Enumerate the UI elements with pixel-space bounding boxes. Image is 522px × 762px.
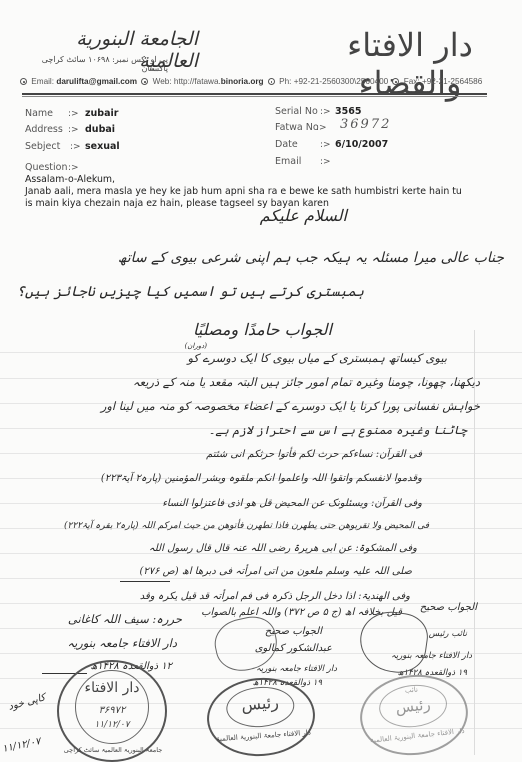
question-line: Janab aali, mera masla ye hey ke jab hum… [25, 186, 462, 197]
question-greeting: Assalam-o-Alekum, [25, 174, 115, 185]
answer-line: دیکھنا، چھونا، چومنا وغیرہ تمام امور جائ… [133, 375, 480, 389]
email-label: Email: [31, 77, 54, 86]
address-label: Address [25, 124, 63, 135]
middle-signatory-institution: دار الافتاء جامعہ بنوریہ [256, 663, 337, 674]
address-sep: :> [68, 125, 79, 135]
darulifta-logo-title: دار الافتاء والقضاء [310, 26, 510, 102]
reference-line: وقدموا لانفسکم واتقوا اللہ واعلموا انکم … [101, 473, 422, 484]
margin-note: کاپی خود [7, 692, 46, 712]
ruled-line [0, 578, 522, 579]
contact-bar: Email: darulifta@gmail.com Web: http://f… [18, 77, 518, 86]
email-field-label: Email [275, 156, 301, 167]
name-sep: :> [68, 109, 79, 119]
header-divider [22, 96, 487, 97]
subject-label: Sebject [25, 141, 60, 152]
stamp-number: ۳۶۹۷۲ [81, 705, 143, 716]
reference-line: فی القرآن: نساءکم حرث لکم فأتوا حرثکم ان… [206, 449, 422, 460]
author-institution: دار الافتاء جامعہ بنوریہ [67, 636, 177, 650]
reference-line: صلی اللہ علیہ وسلم ملعون من اتی امرأتہ ف… [139, 566, 412, 577]
serial-no-sep: :> [320, 107, 331, 117]
answer-annotation: (دوران) [185, 342, 207, 350]
subject-sep: :> [70, 142, 81, 152]
answer-heading: الجواب حامدًا ومصلیًا [193, 320, 332, 339]
reference-line: فی المحیض ولا تقربوھن حتی یطھرن فاذا تطھ… [64, 521, 429, 531]
answer-line: خواہش نفسانی پورا کرنا یا ایک دوسرے کے ا… [101, 399, 480, 413]
fatwa-no-label: Fatwa No [275, 122, 319, 133]
handwritten-question-line: ہمبستری کرتے ہیں تو اسمیں کیا چیزیں ناجا… [17, 284, 364, 300]
serial-no-label: Serial No [275, 106, 318, 117]
question-sep: :> [68, 163, 79, 173]
phone-label: Ph: [279, 77, 291, 86]
darulifta-round-stamp: دار الافتاء ۳۶۹۷۲ ۱۱/۱۲/۰۷ جامعۃ البنوری… [57, 660, 167, 762]
right-approval: الجواب صحیح [420, 602, 477, 613]
handwritten-underline [120, 581, 170, 582]
answer-line: بیوی کیساتھ ہمبستری کے میاں بیوی کا ایک … [187, 351, 447, 365]
date-label: Date [275, 139, 298, 150]
web-link[interactable]: http://fatawa.binoria.org [174, 77, 264, 86]
stamp-ring-text: دار الافتاء جامعۃ البنوریۃ العالمیۃ [368, 727, 466, 745]
name-value: zubair [85, 108, 118, 119]
naib-rais-oval-stamp: نائب رئیس دار الافتاء جامعۃ البنوریۃ الع… [356, 670, 472, 761]
fatwa-no-value: 36972 [340, 117, 391, 132]
stamp-ring-text: دار الافتاء جامعۃ البنوریۃ العالمیۃ [214, 728, 312, 743]
date-sep: :> [320, 140, 331, 150]
serial-no-value: 3565 [335, 106, 361, 117]
bullet-icon [20, 78, 27, 85]
institution-address-urdu: پی او بکس نمبر: ۱۰۶۹۸ سائٹ کراچی پاکستان [18, 55, 168, 73]
subject-value: sexual [85, 141, 120, 152]
bullet-icon [141, 78, 148, 85]
email-field-sep: :> [320, 157, 331, 167]
answer-line: چاٹنا وغیرہ ممنوع ہے اس سے احتراز لازم ہ… [209, 423, 467, 437]
handwritten-question-line: جناب عالی میرا مسئلہ یہ ہیکہ جب ہم اپنی … [118, 250, 504, 266]
right-signatory-title: نائب رئیس [429, 629, 467, 639]
bottom-left-date: ۱۱/۱۲/۰۷ [1, 736, 41, 755]
date-value: 6/10/2007 [335, 139, 388, 150]
email-link[interactable]: darulifta@gmail.com [56, 77, 137, 86]
question-label: Question [25, 162, 68, 173]
reference-line: وفی الھندیۃ: اذا دخل الرجل ذکرہ فی فم ام… [140, 591, 410, 602]
fatwa-no-sep: :> [316, 123, 327, 133]
bullet-icon [268, 78, 275, 85]
address-value: dubai [85, 124, 115, 135]
web-domain: binoria.org [221, 77, 264, 86]
reference-line: وفی القرآن: ویسئلونک عن المحیض قل ھو اذی… [162, 498, 422, 509]
phone-number: +92-21-2560300\2560400 [294, 77, 388, 86]
stamp-title: دار الافتاء [81, 680, 143, 696]
fax-label: Fax: [404, 77, 420, 86]
header-divider [22, 93, 487, 95]
handwritten-greeting: السلام علیکم [260, 206, 347, 225]
margin-line [474, 330, 475, 755]
stamp-date: ۱۱/۱۲/۰۷ [81, 720, 143, 730]
web-label: Web: [153, 77, 172, 86]
author-signature: حررہ: سیف اللہ کاغانی [68, 612, 182, 626]
fax-number: +92-21-2564586 [422, 77, 482, 86]
name-label: Name [25, 108, 53, 119]
reference-line: وفی المشکوۃ: عن ابی ھریرۃ رضی اللہ عنہ ق… [149, 543, 417, 554]
stamp-ring-text: جامعۃ البنوریۃ العالمیۃ سائٹ کراچی [63, 746, 163, 754]
web-prefix: http://fatawa. [174, 77, 221, 86]
bullet-icon [392, 78, 399, 85]
